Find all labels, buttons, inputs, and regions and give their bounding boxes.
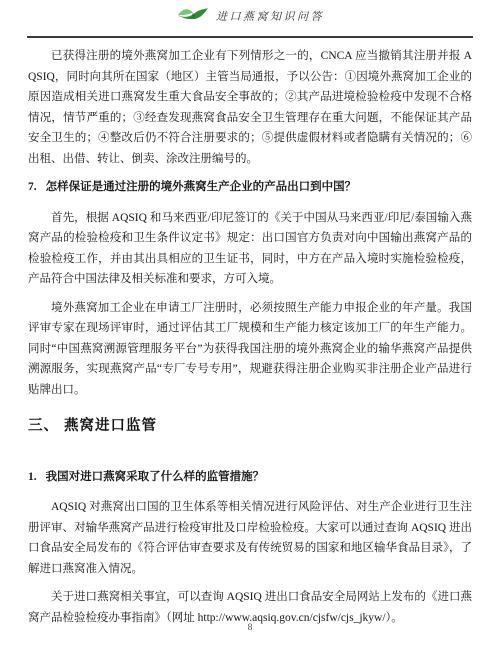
question-1-heading: 1. 我国对进口燕窝采取了什么样的监管措施？ xyxy=(28,467,472,488)
document-body: 已获得注册的境外燕窝加工企业有下列情形之一的，CNCA 应当撤销其注册并报 AQ… xyxy=(28,46,472,628)
page-number: 8 xyxy=(248,623,253,633)
page-footer: 8 xyxy=(0,623,500,633)
document-title: 进口燕窝知识问答 xyxy=(216,8,324,24)
question-7-number: 7. xyxy=(28,177,37,198)
page-header: 进口燕窝知识问答 xyxy=(0,0,500,38)
question-1-answer-paragraph-1: AQSIQ 对燕窝出口国的卫生体系等相关情况进行风险评估、对生产企业进行卫生注册… xyxy=(28,497,472,579)
document-page: 进口燕窝知识问答 已获得注册的境外燕窝加工企业有下列情形之一的，CNCA 应当撤… xyxy=(0,0,500,650)
header-logo-title: 进口燕窝知识问答 xyxy=(176,6,324,26)
question-1-number: 1. xyxy=(28,467,37,488)
header-divider xyxy=(27,36,473,38)
question-1-text: 我国对进口燕窝采取了什么样的监管措施？ xyxy=(46,467,472,488)
question-7-answer-paragraph-1: 首先，根据 AQSIQ 和马来西亚/印尼签订的《关于中国从马来西亚/印尼/泰国输… xyxy=(28,208,472,290)
question-7-text: 怎样保证是通过注册的境外燕窝生产企业的产品出口到中国？ xyxy=(46,177,472,198)
question-1-answer-paragraph-2: 关于进口燕窝相关事宜，可以查询 AQSIQ 进出口食品安全局网站上发布的《进口燕… xyxy=(28,587,472,628)
question-7-answer-paragraph-2: 境外燕窝加工企业在申请工厂注册时，必须按照生产能力申报企业的年产量。我国评审专家… xyxy=(28,298,472,401)
paragraph-cnca-revocation: 已获得注册的境外燕窝加工企业有下列情形之一的，CNCA 应当撤销其注册并报 AQ… xyxy=(28,46,472,169)
swallow-logo-icon xyxy=(176,6,209,26)
section-3-heading: 三、 燕窝进口监管 xyxy=(28,416,472,437)
question-7-heading: 7. 怎样保证是通过注册的境外燕窝生产企业的产品出口到中国？ xyxy=(28,177,472,198)
